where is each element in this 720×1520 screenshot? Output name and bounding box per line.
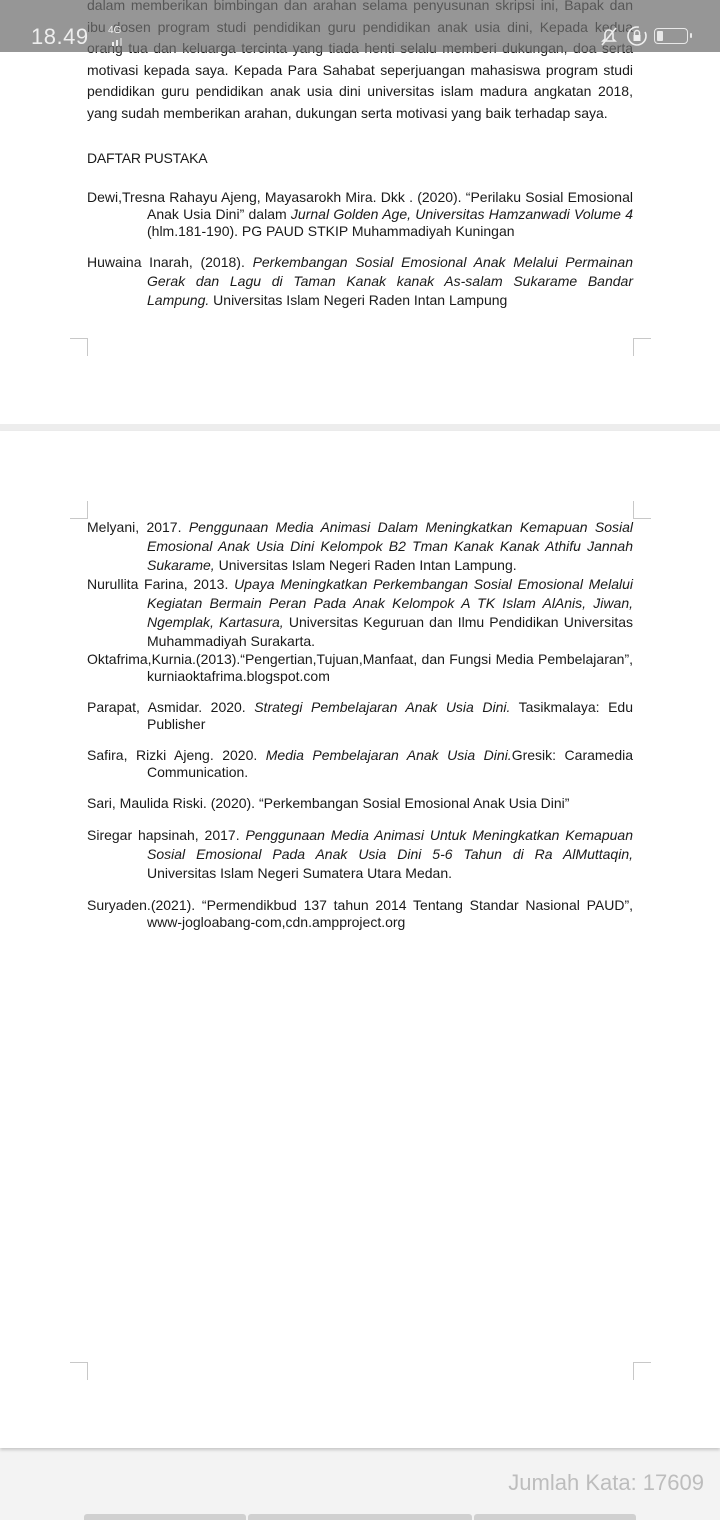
- reference-title: Penggunaan Media Animasi Untuk Meningkat…: [147, 827, 633, 862]
- signal-icon: [112, 36, 126, 46]
- reference-list-page2: Melyani, 2017. Penggunaan Media Animasi …: [87, 518, 633, 931]
- reference-entry: Huwaina Inarah, (2018). Perkembangan Sos…: [87, 253, 633, 310]
- page-separator: [0, 424, 720, 431]
- status-icons: [598, 25, 688, 47]
- reference-entry: Nurullita Farina, 2013. Upaya Meningkatk…: [87, 575, 633, 651]
- status-time: 18.49: [31, 24, 89, 50]
- reference-title: Penggunaan Media Animasi Dalam Meningkat…: [147, 519, 633, 573]
- page-corner-mark: [633, 501, 651, 519]
- section-heading-daftar-pustaka: DAFTAR PUSTAKA: [87, 150, 633, 166]
- network-type: 4G: [108, 25, 121, 36]
- word-count: Jumlah Kata: 17609: [508, 1470, 704, 1496]
- reference-list-page1: Dewi,Tresna Rahayu Ajeng, Mayasarokh Mir…: [87, 189, 633, 310]
- reference-entry: Sari, Maulida Riski. (2020). “Perkembang…: [87, 795, 633, 812]
- reference-title: Media Pembelajaran Anak Usia Dini.: [266, 747, 512, 763]
- reference-title: Jurnal Golden Age, Universitas Hamzanwad…: [291, 206, 633, 222]
- bottom-toolbar-handle[interactable]: [84, 1514, 636, 1520]
- page-corner-mark: [633, 338, 651, 356]
- document-page-2: Melyani, 2017. Penggunaan Media Animasi …: [0, 431, 720, 1448]
- reference-entry: Suryaden.(2021). “Permendikbud 137 tahun…: [87, 897, 633, 931]
- status-bar: 18.49 4G: [0, 0, 720, 52]
- reference-entry: Siregar hapsinah, 2017. Penggunaan Media…: [87, 826, 633, 883]
- page-corner-mark: [70, 501, 88, 519]
- page-corner-mark: [70, 1362, 88, 1380]
- mute-bell-icon: [598, 25, 620, 47]
- reference-entry: Oktafrima,Kurnia.(2013).“Pengertian,Tuju…: [87, 651, 633, 685]
- reference-title: Strategi Pembelajaran Anak Usia Dini.: [254, 699, 510, 715]
- reference-title: Perkembangan Sosial Emosional Anak Melal…: [147, 254, 633, 308]
- reference-entry: Dewi,Tresna Rahayu Ajeng, Mayasarokh Mir…: [87, 189, 633, 240]
- reference-entry: Safira, Rizki Ajeng. 2020. Media Pembela…: [87, 747, 633, 781]
- document-page-1: dalam memberikan bimbingan dan arahan se…: [0, 0, 720, 424]
- reference-entry: Parapat, Asmidar. 2020. Strategi Pembela…: [87, 699, 633, 733]
- reference-title: Upaya Meningkatkan Perkembangan Sosial E…: [147, 576, 633, 630]
- references-page1: DAFTAR PUSTAKA: [87, 150, 633, 166]
- battery-icon: [654, 28, 688, 44]
- reference-entry: Melyani, 2017. Penggunaan Media Animasi …: [87, 518, 633, 575]
- page-corner-mark: [70, 338, 88, 356]
- rotation-lock-icon: [626, 25, 648, 47]
- page-corner-mark: [633, 1362, 651, 1380]
